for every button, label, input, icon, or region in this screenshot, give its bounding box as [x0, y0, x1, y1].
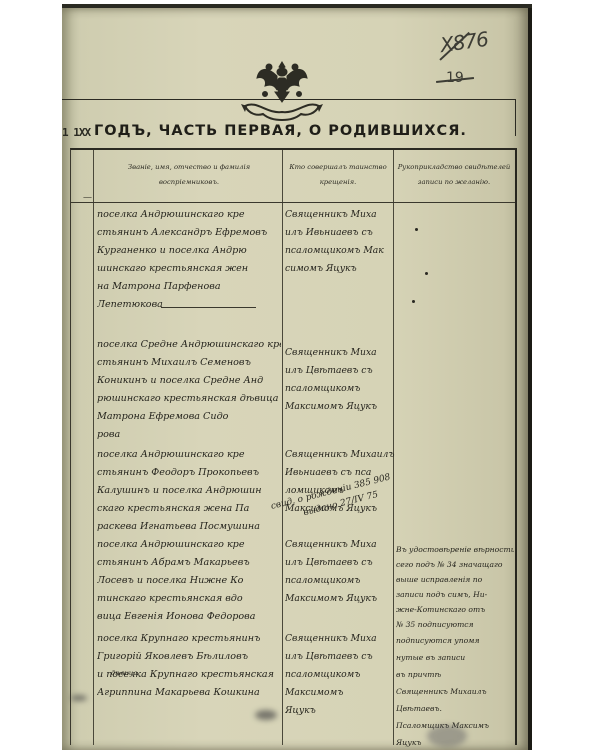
ink-dot	[425, 272, 428, 275]
baptism-register-table: Званіе, имя, отчество и фамилія воспріем…	[70, 148, 517, 745]
entry-1-officiant: Священникъ Миха илъ Ивьниаевъ съ псаломщ…	[285, 206, 395, 278]
entry-2-godparents: поселка Средне Андрюшинскаго кре стьянин…	[97, 336, 281, 444]
entry-4-correction-note: Въ удостовѣреніе вѣрности сего подъ № 34…	[396, 542, 514, 632]
header-godparents: Званіе, имя, отчество и фамилія воспріем…	[101, 160, 277, 190]
entry-1-terminal-line	[161, 307, 256, 308]
ink-dot	[412, 300, 415, 303]
table-header: Званіе, имя, отчество и фамилія воспріем…	[71, 150, 515, 203]
entry-1-godparents: поселка Андрюшинскаго кре стьянинъ Алекс…	[97, 206, 281, 314]
crossed-out-folio-number: 19	[446, 70, 464, 86]
register-page: X876 19 1 1ХХ ГОДЪ, ЧАСТЬ ПЕРВАЯ, О РОДИ…	[62, 4, 532, 750]
column-divider	[282, 150, 283, 745]
margin-mark: —	[83, 193, 92, 203]
entry-4-officiant: Священникъ Миха илъ Цвѣтаевъ съ псаломщи…	[285, 536, 395, 608]
header-officiant: Кто совершалъ таинство крещенія.	[287, 160, 389, 190]
entry-5-officiant: Священникъ Миха илъ Цвѣтаевъ съ псаломщи…	[285, 630, 395, 720]
header-witness-signatures: Рукоприкладство свидѣтелей записи по жел…	[397, 160, 511, 190]
page-title: ГОДЪ, ЧАСТЬ ПЕРВАЯ, О РОДИВШИХСЯ.	[94, 123, 467, 139]
entry-4-godparents: поселка Андрюшинскаго кре стьянинъ Абрам…	[97, 536, 281, 626]
ink-smudge	[427, 725, 467, 747]
ink-smudge	[71, 695, 87, 701]
entry-5-insertion: дѣвица	[111, 669, 137, 677]
ink-smudge	[255, 710, 277, 720]
year-prefix: 1 1ХХ	[62, 126, 90, 139]
column-divider	[93, 150, 94, 745]
entry-5-godparents: поселка Крупнаго крестьянинъ Григорій Як…	[97, 630, 281, 702]
entry-2-officiant: Священникъ Миха илъ Цвѣтаевъ съ псаломщи…	[285, 344, 395, 416]
entry-3-godparents: поселка Андрюшинскаго кре стьянинъ Феодо…	[97, 446, 281, 536]
archive-page-number: X876	[439, 27, 490, 57]
ink-dot	[415, 228, 418, 231]
